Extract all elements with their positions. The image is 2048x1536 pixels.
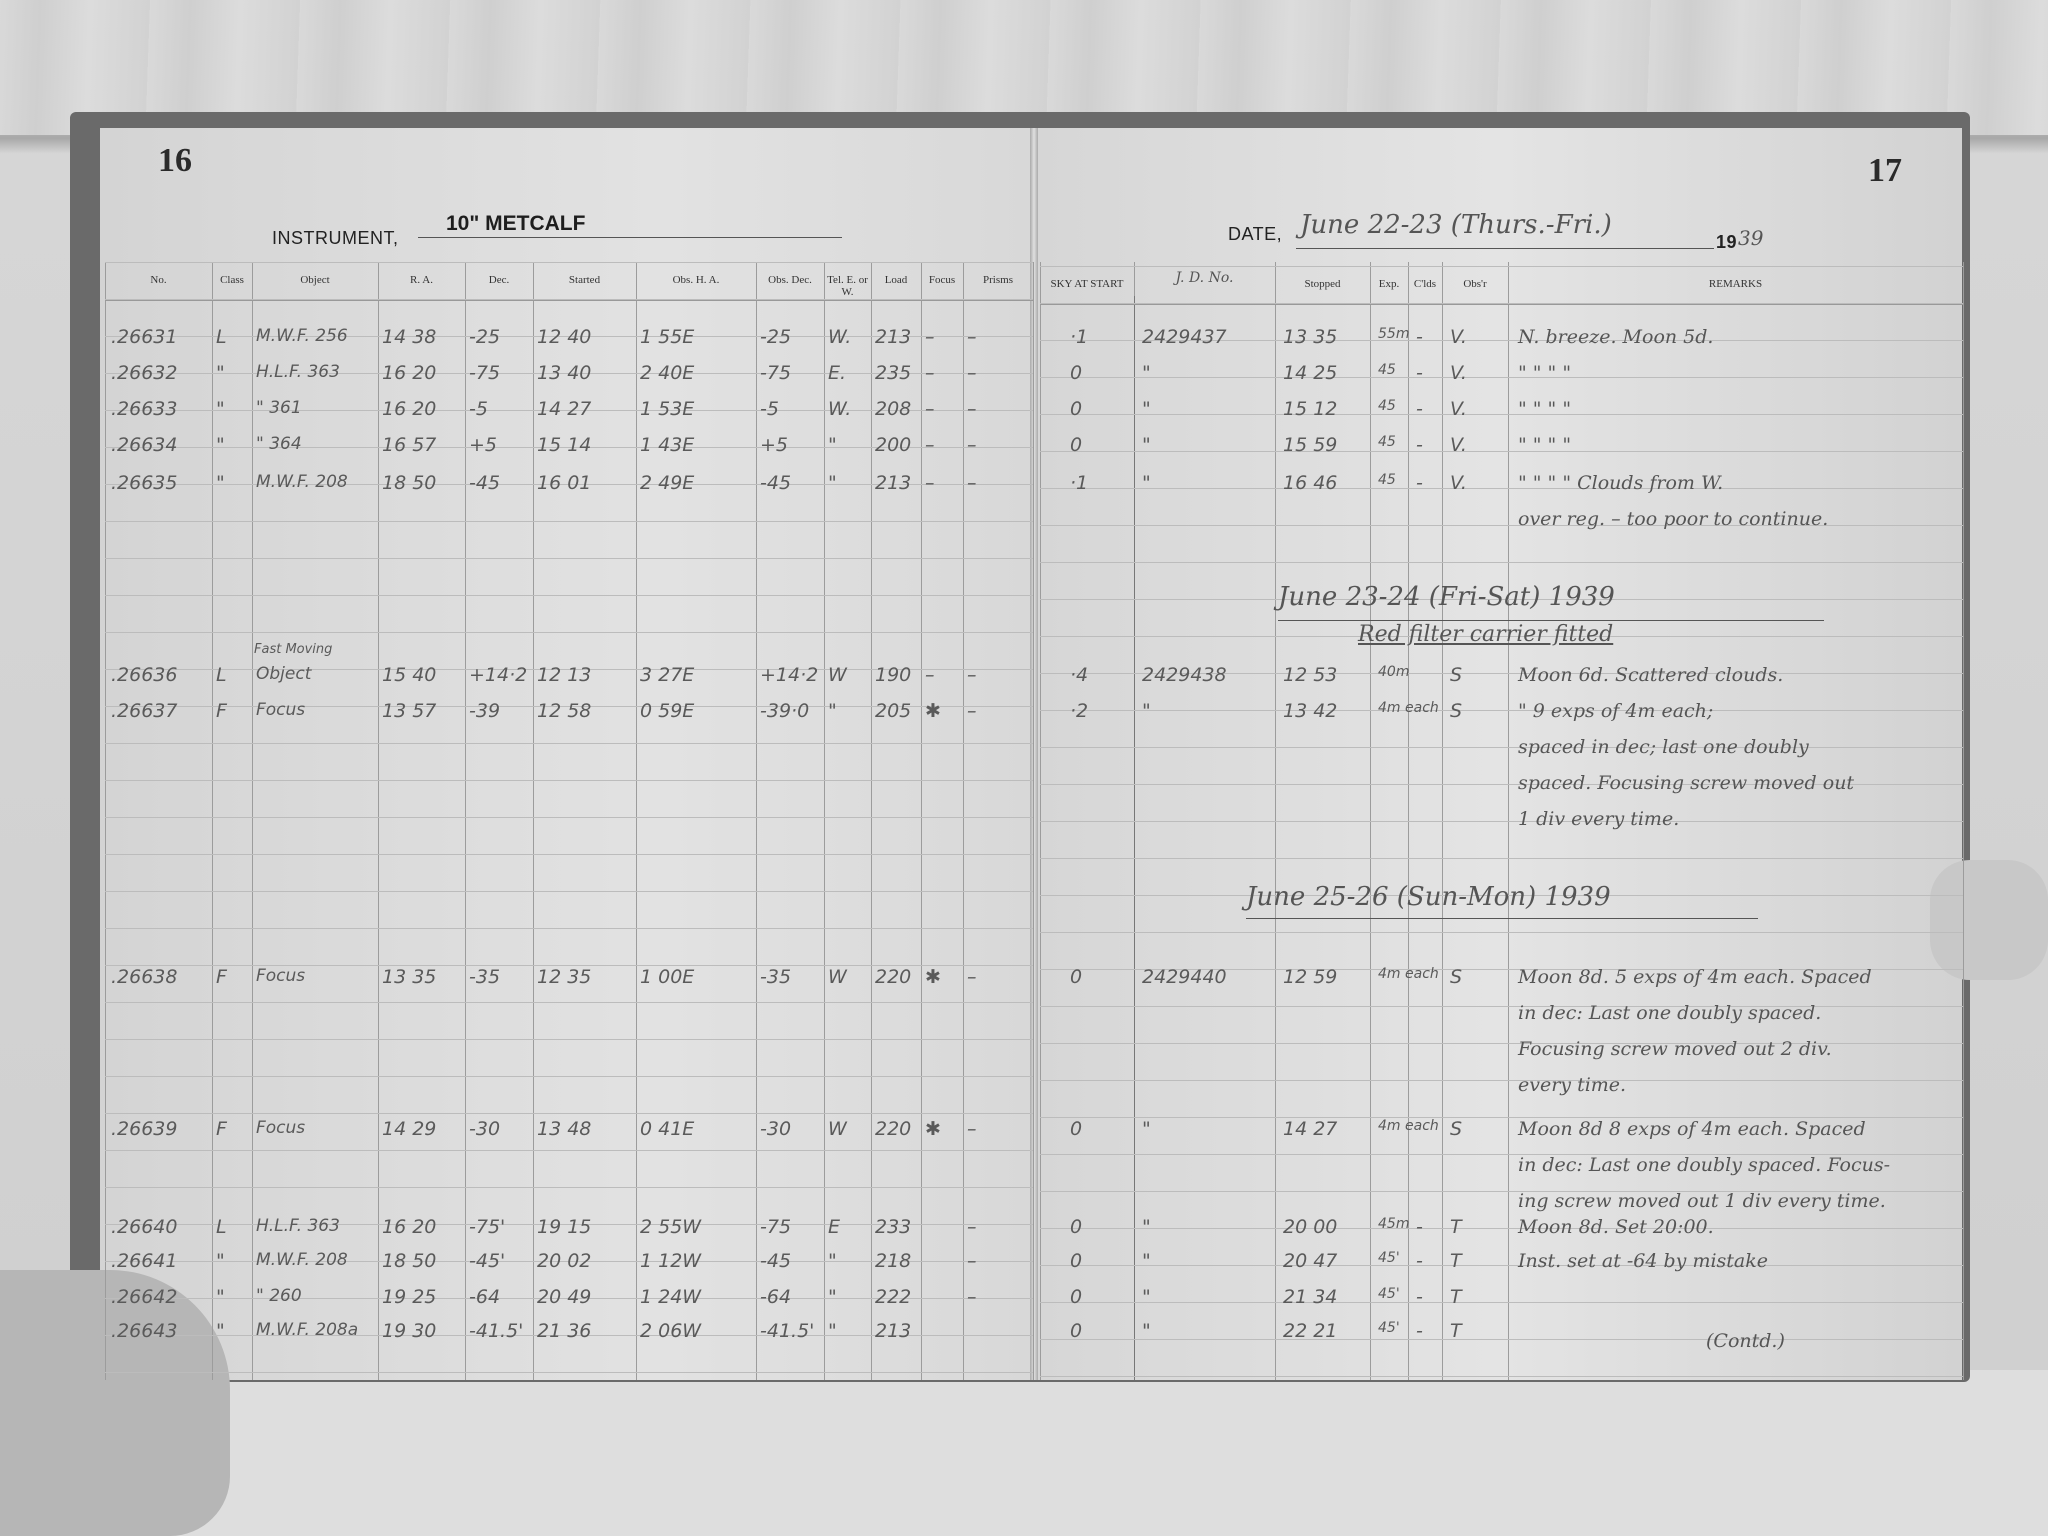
- cell-tel: W.: [828, 398, 851, 420]
- cell-exp: 4m each: [1378, 700, 1439, 716]
- cell-object: M.W.F. 208a: [256, 1320, 358, 1340]
- row-rule: [105, 1039, 1033, 1040]
- cell-jd: ": [1142, 1216, 1151, 1238]
- cell-obs_ha: 1 00E: [640, 966, 694, 988]
- cell-obs_ha: 1 55E: [640, 326, 694, 348]
- cell-obs_ha: 1 43E: [640, 434, 694, 456]
- cell-dec: +14·2: [469, 664, 527, 686]
- cell-stopped: 15 59: [1283, 434, 1337, 456]
- cell-load: 218: [875, 1250, 911, 1272]
- cell-obsr: S: [1450, 664, 1462, 686]
- cell-obs_dec: +14·2: [760, 664, 818, 686]
- column-header-focus: Focus: [921, 274, 963, 286]
- cell-object: H.L.F. 363: [256, 362, 340, 382]
- cell-obs_ha: 2 55W: [640, 1216, 701, 1238]
- cell-dec: +5: [469, 434, 497, 456]
- cell-started: 13 48: [537, 1118, 591, 1140]
- cell-obs_dec: -39·0: [760, 700, 809, 722]
- cell-exp: 45: [1378, 362, 1396, 378]
- cell-obs_ha: 2 06W: [640, 1320, 701, 1342]
- cell-stopped: 21 34: [1283, 1286, 1337, 1308]
- cell-obsr: V.: [1450, 472, 1467, 494]
- row-rule: [105, 1150, 1033, 1151]
- remark-line: in dec: Last one doubly spaced. Focus-: [1518, 1154, 1890, 1176]
- column-header-remarks: REMARKS: [1508, 278, 1963, 290]
- cell-ra: 14 29: [382, 1118, 436, 1140]
- cell-dec: -41.5': [469, 1320, 523, 1342]
- cell-sky: 0: [1070, 1250, 1082, 1272]
- cell-exp: 45: [1378, 398, 1396, 414]
- cell-tel: W: [828, 664, 847, 686]
- column-header-sky-at-start: SKY AT START: [1040, 278, 1134, 290]
- row-rule: [105, 632, 1033, 633]
- cell-sky: 0: [1070, 434, 1082, 456]
- cell-jd: 2429440: [1142, 966, 1227, 988]
- cell-sky: 0: [1070, 1320, 1082, 1342]
- cell-ra: 13 35: [382, 966, 436, 988]
- cell-sky: 0: [1070, 1216, 1082, 1238]
- cell-obs_dec: -41.5': [760, 1320, 814, 1342]
- cell-jd: 2429437: [1142, 326, 1227, 348]
- cell-sky: 0: [1070, 362, 1082, 384]
- column-rule: [105, 262, 106, 1380]
- column-rule: [533, 262, 534, 1380]
- column-rule: [963, 262, 964, 1380]
- column-header-started: Started: [533, 274, 636, 286]
- cell-obs_ha: 1 12W: [640, 1250, 701, 1272]
- remark-line: N. breeze. Moon 5d.: [1518, 326, 1713, 348]
- cell-jd: ": [1142, 1118, 1151, 1140]
- row-rule: [1040, 1265, 1963, 1266]
- cell-jd: ": [1142, 472, 1151, 494]
- cell-obsr: T: [1450, 1286, 1462, 1308]
- remark-line: " 9 exps of 4m each;: [1518, 700, 1713, 722]
- remark-line: Moon 8d. 5 exps of 4m each. Spaced: [1518, 966, 1872, 988]
- column-header-stopped: Stopped: [1275, 278, 1370, 290]
- column-rule: [636, 262, 637, 1380]
- cell-no: .26637: [111, 700, 177, 722]
- cell-object: M.W.F. 208: [256, 1250, 348, 1270]
- cell-exp: 45': [1378, 1286, 1400, 1302]
- section-heading-underline: [1278, 620, 1824, 621]
- row-rule: [105, 595, 1033, 596]
- cell-obs_dec: -45: [760, 472, 791, 494]
- cell-started: 20 02: [537, 1250, 591, 1272]
- cell-obs_ha: 0 59E: [640, 700, 694, 722]
- column-rule: [378, 262, 379, 1380]
- cell-focus: –: [925, 362, 935, 384]
- cell-no: .26641: [111, 1250, 177, 1272]
- remark-line: in dec: Last one doubly spaced.: [1518, 1002, 1821, 1024]
- row-rule: [1040, 266, 1963, 267]
- row-rule: [1040, 1339, 1963, 1340]
- cell-class: ": [216, 434, 225, 456]
- remark-line: Moon 8d. Set 20:00.: [1518, 1216, 1714, 1238]
- remark-line: " " " ": [1518, 434, 1571, 456]
- cell-dec: -39: [469, 700, 500, 722]
- date-value: June 22-23 (Thurs.-Fri.): [1300, 210, 1612, 240]
- column-header-dec: Dec.: [465, 274, 533, 286]
- row-rule: [105, 854, 1033, 855]
- cell-prisms: –: [967, 966, 977, 988]
- remark-line: Moon 6d. Scattered clouds.: [1518, 664, 1783, 686]
- cell-obs_ha: 1 24W: [640, 1286, 701, 1308]
- cell-load: 220: [875, 966, 911, 988]
- row-rule: [1040, 488, 1963, 489]
- cell-obs_ha: 3 27E: [640, 664, 694, 686]
- column-header-obs-h-a: Obs. H. A.: [636, 274, 756, 286]
- cell-load: 190: [875, 664, 911, 686]
- column-rule: [824, 262, 825, 1380]
- cell-exp: 55m: [1378, 326, 1409, 342]
- header-rule: [105, 300, 1033, 301]
- cell-obs_dec: -30: [760, 1118, 791, 1140]
- cell-stopped: 12 59: [1283, 966, 1337, 988]
- column-header-no: No.: [105, 274, 212, 286]
- cell-sky: ·1: [1070, 472, 1088, 494]
- cell-dec: -35: [469, 966, 500, 988]
- row-rule: [1040, 1376, 1963, 1377]
- cell-prisms: –: [967, 472, 977, 494]
- cell-object-note: Fast Moving: [254, 642, 332, 657]
- cell-prisms: –: [967, 1118, 977, 1140]
- cell-load: 213: [875, 326, 911, 348]
- cell-started: 15 14: [537, 434, 591, 456]
- cell-focus: ✱: [925, 966, 941, 988]
- cell-obsr: T: [1450, 1250, 1462, 1272]
- remark-line: over reg. – too poor to continue.: [1518, 508, 1828, 530]
- cell-focus: –: [925, 326, 935, 348]
- column-rule: [871, 262, 872, 1380]
- column-rule: [1963, 262, 1964, 1380]
- cell-started: 13 40: [537, 362, 591, 384]
- cell-ra: 14 38: [382, 326, 436, 348]
- instrument-underline: [418, 237, 842, 238]
- cell-tel: ": [828, 700, 837, 722]
- cell-obsr: V.: [1450, 434, 1467, 456]
- cell-stopped: 13 35: [1283, 326, 1337, 348]
- cell-ra: 19 30: [382, 1320, 436, 1342]
- left-page: [100, 128, 1035, 1380]
- cell-focus: ✱: [925, 1118, 941, 1140]
- cell-ra: 18 50: [382, 1250, 436, 1272]
- cell-tel: ": [828, 1286, 837, 1308]
- cell-started: 12 13: [537, 664, 591, 686]
- cell-class: ": [216, 1250, 225, 1272]
- cell-prisms: –: [967, 434, 977, 456]
- year-suffix: 39: [1738, 226, 1763, 250]
- row-rule: [105, 1372, 1033, 1373]
- cell-started: 16 01: [537, 472, 591, 494]
- cell-exp: 45': [1378, 1250, 1400, 1266]
- cell-focus: –: [925, 434, 935, 456]
- row-rule: [105, 817, 1033, 818]
- cell-jd: ": [1142, 398, 1151, 420]
- section-heading-june-23-24: June 23-24 (Fri-Sat) 1939: [1278, 582, 1615, 612]
- date-underline: [1296, 248, 1714, 249]
- row-rule: [105, 891, 1033, 892]
- column-rule: [1134, 296, 1135, 1380]
- cell-clds: -: [1416, 1216, 1423, 1238]
- row-rule: [1040, 932, 1963, 933]
- cell-dec: -45: [469, 472, 500, 494]
- cell-stopped: 12 53: [1283, 664, 1337, 686]
- cell-stopped: 14 25: [1283, 362, 1337, 384]
- cell-no: .26642: [111, 1286, 177, 1308]
- cell-sky: 0: [1070, 966, 1082, 988]
- row-rule: [105, 521, 1033, 522]
- instrument-label: INSTRUMENT,: [272, 228, 399, 249]
- row-rule: [105, 1076, 1033, 1077]
- remark-line: " " " " Clouds from W.: [1518, 472, 1723, 494]
- cell-tel: ": [828, 434, 837, 456]
- left-page-number: 16: [158, 142, 192, 180]
- cell-ra: 19 25: [382, 1286, 436, 1308]
- row-rule: [1040, 451, 1963, 452]
- cell-started: 12 40: [537, 326, 591, 348]
- cell-prisms: –: [967, 398, 977, 420]
- column-header-class: Class: [212, 274, 252, 286]
- cell-dec: -64: [469, 1286, 500, 1308]
- cell-dec: -75: [469, 362, 500, 384]
- cell-stopped: 22 21: [1283, 1320, 1337, 1342]
- column-rule: [252, 262, 253, 1380]
- cell-class: ": [216, 362, 225, 384]
- row-rule: [105, 262, 1033, 263]
- cell-class: L: [216, 664, 227, 686]
- cell-focus: –: [925, 398, 935, 420]
- cell-prisms: –: [967, 1286, 977, 1308]
- cell-object: " 361: [256, 398, 302, 418]
- cell-jd: ": [1142, 700, 1151, 722]
- table-surface: [0, 1370, 2048, 1536]
- cell-no: .26640: [111, 1216, 177, 1238]
- section-heading-underline: [1246, 918, 1758, 919]
- cell-sky: ·4: [1070, 664, 1088, 686]
- cell-class: F: [216, 700, 227, 722]
- cell-exp: 45': [1378, 1320, 1400, 1336]
- column-header-object: Object: [252, 274, 378, 286]
- cell-obs_dec: -25: [760, 326, 791, 348]
- cell-sky: 0: [1070, 1118, 1082, 1140]
- remark-line: " " " ": [1518, 362, 1571, 384]
- cell-obs_dec: +5: [760, 434, 788, 456]
- column-rule: [465, 262, 466, 1380]
- cell-load: 205: [875, 700, 911, 722]
- cell-tel: ": [828, 1320, 837, 1342]
- row-rule: [105, 1113, 1033, 1114]
- column-header-c-lds: C'lds: [1408, 278, 1442, 290]
- cell-obsr: V.: [1450, 362, 1467, 384]
- cell-started: 12 58: [537, 700, 591, 722]
- row-rule: [1040, 562, 1963, 563]
- cell-obsr: T: [1450, 1216, 1462, 1238]
- row-rule: [1040, 1006, 1963, 1007]
- cell-object: Focus: [256, 1118, 305, 1138]
- cell-object: M.W.F. 256: [256, 326, 348, 346]
- cell-stopped: 20 47: [1283, 1250, 1337, 1272]
- cell-stopped: 15 12: [1283, 398, 1337, 420]
- cell-dec: -30: [469, 1118, 500, 1140]
- cell-obsr: S: [1450, 966, 1462, 988]
- cell-obs_dec: -75: [760, 1216, 791, 1238]
- cell-obs_dec: -75: [760, 362, 791, 384]
- cell-jd: ": [1142, 362, 1151, 384]
- cell-obs_dec: -64: [760, 1286, 791, 1308]
- cell-obsr: V.: [1450, 398, 1467, 420]
- cell-started: 21 36: [537, 1320, 591, 1342]
- cell-prisms: –: [967, 664, 977, 686]
- section-heading-june-25-26: June 25-26 (Sun-Mon) 1939: [1246, 882, 1611, 912]
- section-subheading-red-filter: Red filter carrier fitted: [1358, 622, 1613, 647]
- cell-exp: 40m: [1378, 664, 1409, 680]
- year-prefix: 19: [1716, 232, 1737, 253]
- header-rule: [1040, 304, 1963, 305]
- column-rule: [921, 262, 922, 1380]
- cell-tel: E: [828, 1216, 840, 1238]
- row-rule: [1040, 710, 1963, 711]
- cell-obsr: S: [1450, 700, 1462, 722]
- cell-class: ": [216, 1320, 225, 1342]
- row-rule: [1040, 414, 1963, 415]
- cell-ra: 16 57: [382, 434, 436, 456]
- cell-tel: ": [828, 1250, 837, 1272]
- cell-object: " 364: [256, 434, 302, 454]
- cell-clds: -: [1416, 472, 1423, 494]
- row-rule: [105, 743, 1033, 744]
- column-header-load: Load: [871, 274, 921, 286]
- row-rule: [105, 928, 1033, 929]
- cell-jd: ": [1142, 1320, 1151, 1342]
- remark-line: spaced. Focusing screw moved out: [1518, 772, 1854, 794]
- cell-no: .26635: [111, 472, 177, 494]
- cell-exp: 45: [1378, 434, 1396, 450]
- column-rule: [756, 262, 757, 1380]
- column-header-obs-dec: Obs. Dec.: [756, 274, 824, 286]
- cell-no: .26638: [111, 966, 177, 988]
- cell-load: 208: [875, 398, 911, 420]
- cell-exp: 45m: [1378, 1216, 1409, 1232]
- cell-tel: W.: [828, 326, 851, 348]
- cell-focus: –: [925, 472, 935, 494]
- cell-obs_ha: 1 53E: [640, 398, 694, 420]
- row-rule: [105, 558, 1033, 559]
- cell-stopped: 13 42: [1283, 700, 1337, 722]
- cell-dec: -25: [469, 326, 500, 348]
- row-rule: [1040, 747, 1963, 748]
- cell-jd: ": [1142, 434, 1151, 456]
- cell-exp: 4m each: [1378, 1118, 1439, 1134]
- cell-no: .26632: [111, 362, 177, 384]
- column-header-obs-r: Obs'r: [1442, 278, 1508, 290]
- cell-class: F: [216, 966, 227, 988]
- cell-obsr: S: [1450, 1118, 1462, 1140]
- cell-started: 20 49: [537, 1286, 591, 1308]
- row-rule: [105, 780, 1033, 781]
- cell-jd: ": [1142, 1250, 1151, 1272]
- cell-exp: 45: [1378, 472, 1396, 488]
- cell-load: 222: [875, 1286, 911, 1308]
- remark-line: Focusing screw moved out 2 div.: [1518, 1038, 1832, 1060]
- instrument-value: 10" METCALF: [446, 212, 585, 236]
- column-header-j-d-no: J. D. No.: [1134, 270, 1275, 286]
- column-header-r-a: R. A.: [378, 274, 465, 286]
- cell-focus: –: [925, 664, 935, 686]
- cell-focus: ✱: [925, 700, 941, 722]
- hand-left: [0, 1270, 230, 1536]
- cell-object: Focus: [256, 966, 305, 986]
- remark-line: Moon 8d 8 exps of 4m each. Spaced: [1518, 1118, 1866, 1140]
- cell-no: .26636: [111, 664, 177, 686]
- cell-load: 233: [875, 1216, 911, 1238]
- cell-stopped: 20 00: [1283, 1216, 1337, 1238]
- cell-obs_ha: 2 40E: [640, 362, 694, 384]
- cell-ra: 18 50: [382, 472, 436, 494]
- cell-load: 220: [875, 1118, 911, 1140]
- cell-clds: -: [1416, 434, 1423, 456]
- cell-sky: 0: [1070, 398, 1082, 420]
- row-rule: [1040, 858, 1963, 859]
- column-header-exp: Exp.: [1370, 278, 1408, 290]
- cell-obs_dec: -5: [760, 398, 779, 420]
- cell-ra: 16 20: [382, 362, 436, 384]
- cell-jd: 2429438: [1142, 664, 1227, 686]
- cell-class: F: [216, 1118, 227, 1140]
- cell-ra: 16 20: [382, 1216, 436, 1238]
- cell-stopped: 16 46: [1283, 472, 1337, 494]
- cell-class: ": [216, 1286, 225, 1308]
- row-rule: [1040, 1302, 1963, 1303]
- cell-clds: -: [1416, 398, 1423, 420]
- cell-load: 213: [875, 1320, 911, 1342]
- cell-clds: -: [1416, 326, 1423, 348]
- row-rule: [1040, 1228, 1963, 1229]
- cell-no: .26633: [111, 398, 177, 420]
- row-rule: [1040, 821, 1963, 822]
- remark-line: Inst. set at -64 by mistake: [1518, 1250, 1768, 1272]
- remark-line: every time.: [1518, 1074, 1626, 1096]
- cell-clds: -: [1416, 362, 1423, 384]
- cell-object: Object: [256, 664, 311, 684]
- cell-class: L: [216, 1216, 227, 1238]
- cell-obs_ha: 0 41E: [640, 1118, 694, 1140]
- cell-started: 19 15: [537, 1216, 591, 1238]
- cell-tel: W: [828, 1118, 847, 1140]
- row-rule: [1040, 377, 1963, 378]
- cell-obs_ha: 2 49E: [640, 472, 694, 494]
- remark-line: spaced in dec; last one doubly: [1518, 736, 1809, 758]
- cell-dec: -5: [469, 398, 488, 420]
- cell-exp: 4m each: [1378, 966, 1439, 982]
- cell-obsr: T: [1450, 1320, 1462, 1342]
- cell-prisms: –: [967, 1250, 977, 1272]
- cell-prisms: –: [967, 1216, 977, 1238]
- remark-line: " " " ": [1518, 398, 1571, 420]
- cell-jd: ": [1142, 1286, 1151, 1308]
- hand-thumb-right: [1930, 860, 2048, 980]
- cell-sky: ·1: [1070, 326, 1088, 348]
- cell-tel: W: [828, 966, 847, 988]
- cell-no: .26639: [111, 1118, 177, 1140]
- cell-class: ": [216, 398, 225, 420]
- cell-load: 200: [875, 434, 911, 456]
- column-header-prisms: Prisms: [963, 274, 1033, 286]
- cell-started: 12 35: [537, 966, 591, 988]
- cell-class: L: [216, 326, 227, 348]
- row-rule: [1040, 1080, 1963, 1081]
- column-rule: [212, 262, 213, 1380]
- cell-obs_dec: -35: [760, 966, 791, 988]
